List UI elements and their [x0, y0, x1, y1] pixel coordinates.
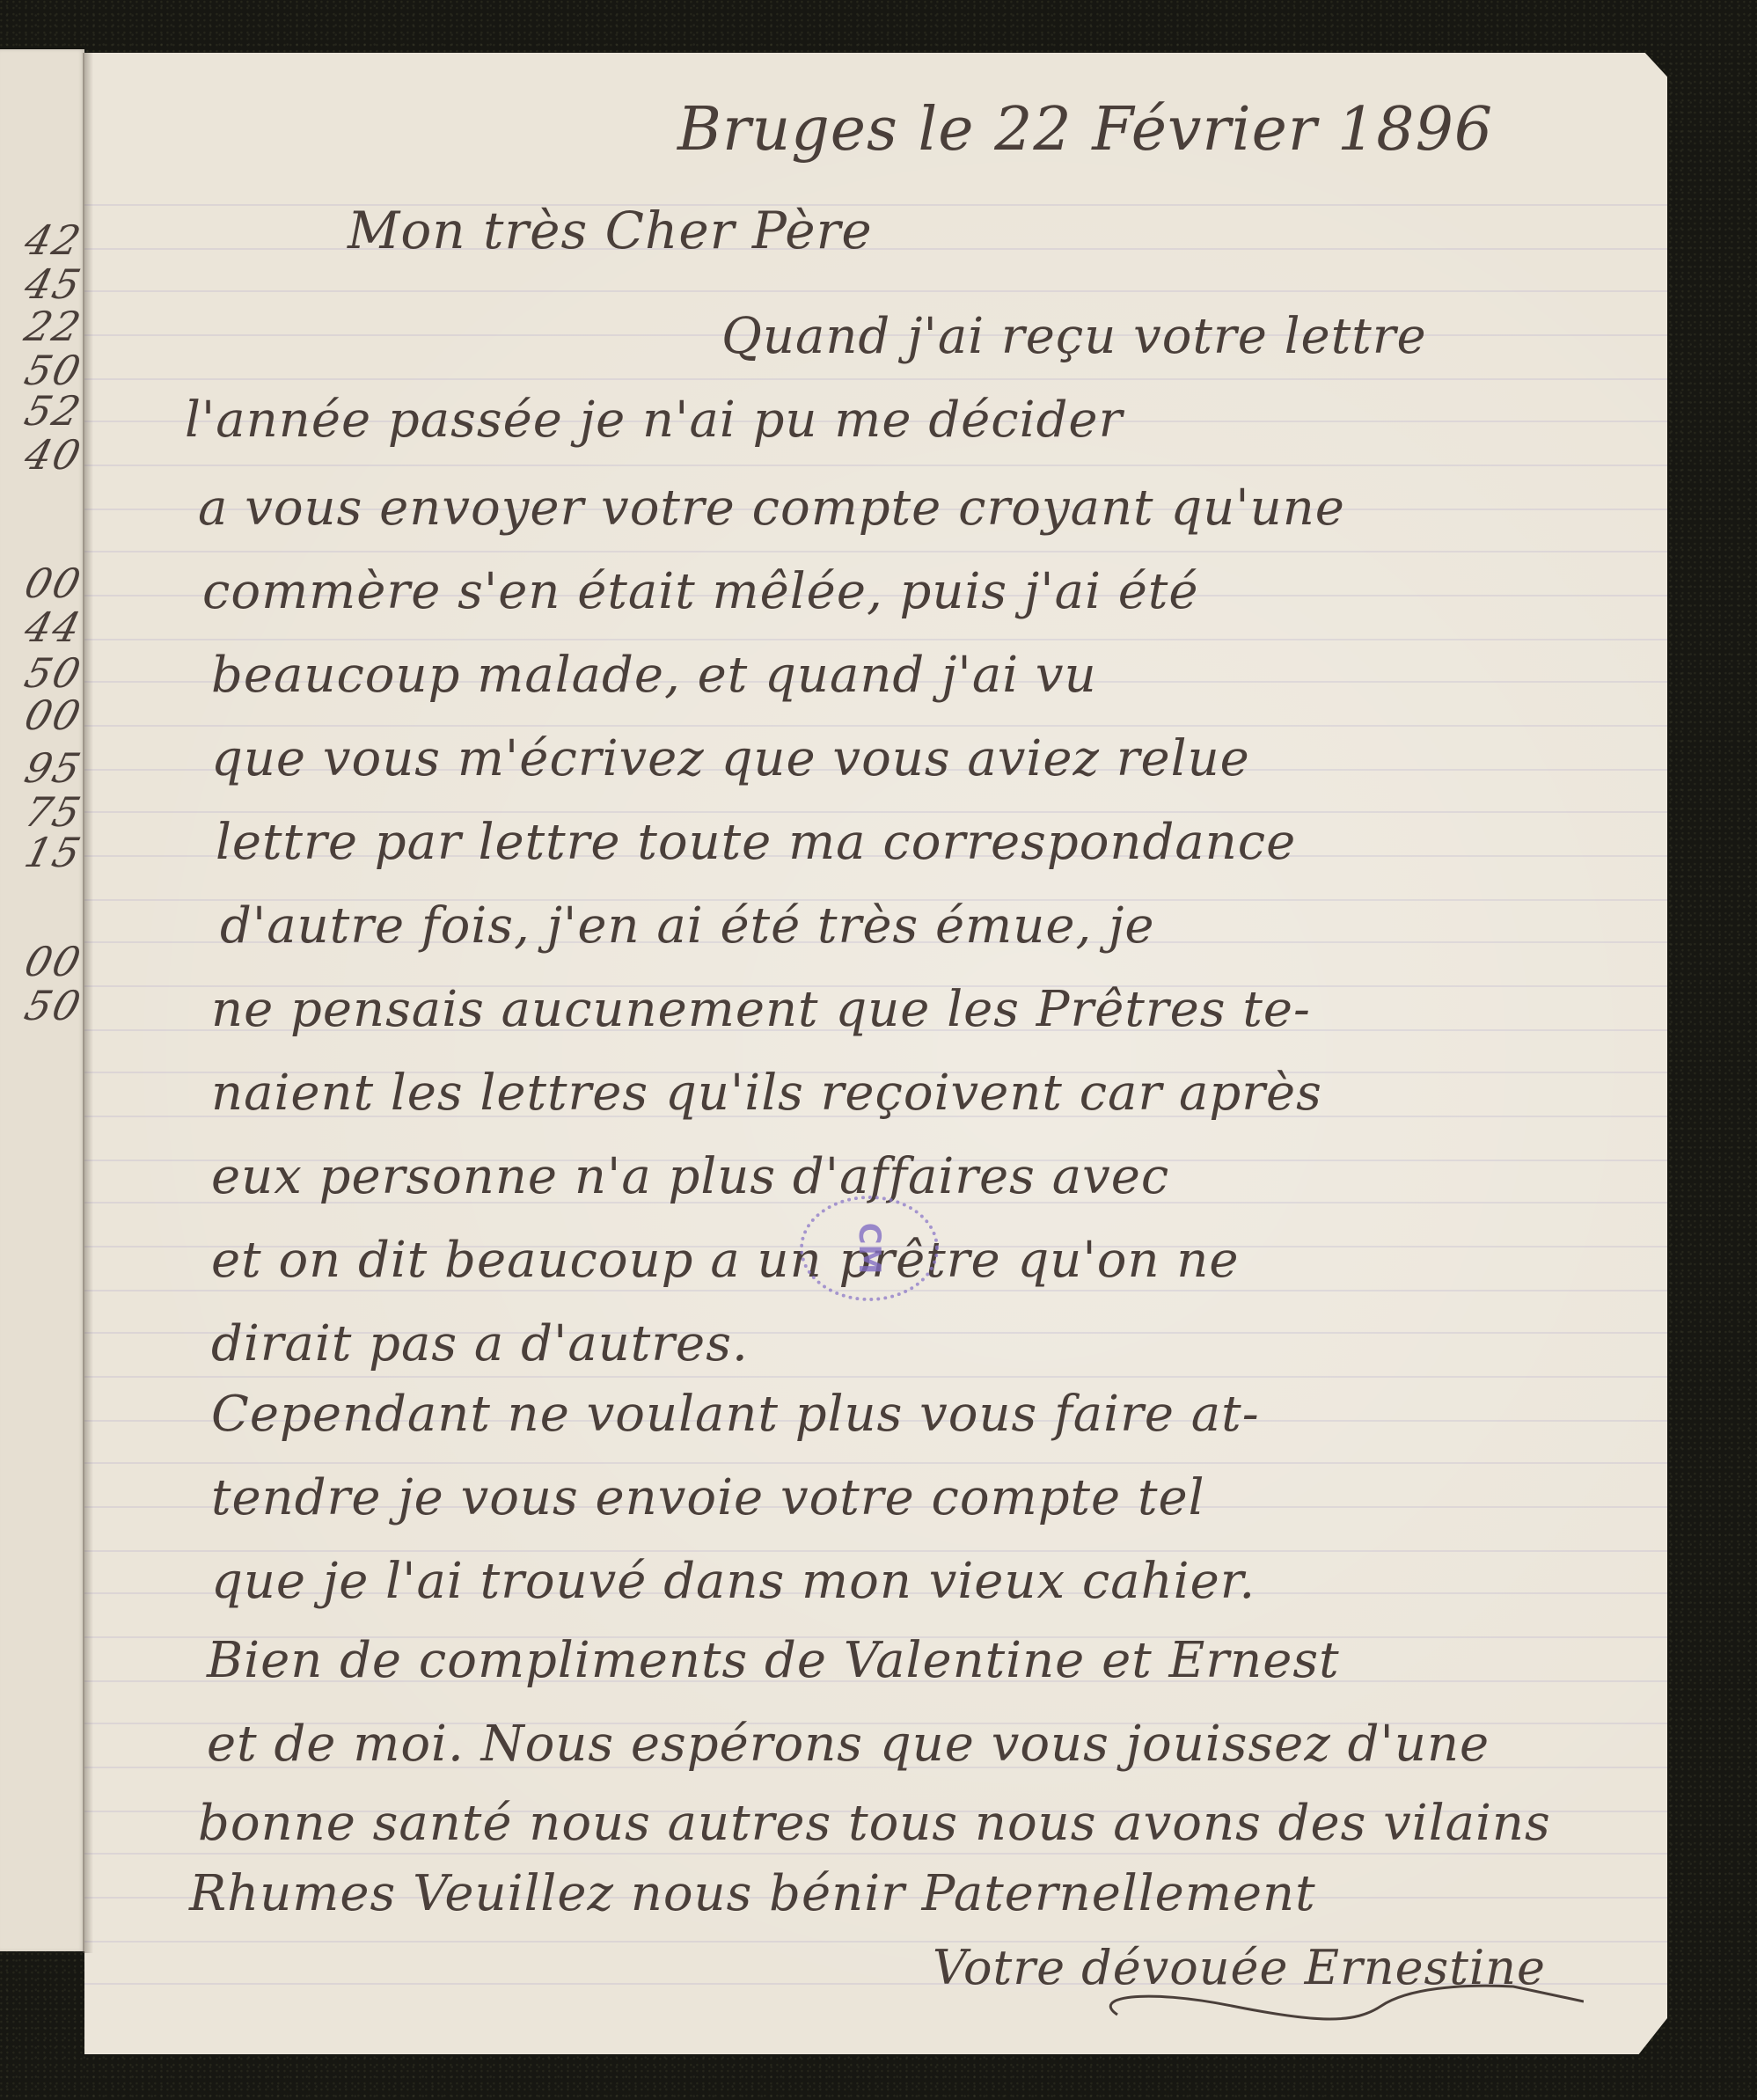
ruled-line: [84, 1462, 1667, 1464]
letter-line: Rhumes Veuillez nous bénir Paternellemen…: [189, 1865, 1316, 1922]
ink-stamp: CM: [800, 1196, 939, 1301]
letter-line: naient les lettres qu'ils reçoivent car …: [211, 1065, 1322, 1122]
letter-line: beaucoup malade, et quand j'ai vu: [211, 647, 1097, 704]
letter-line: lettre par lettre toute ma correspondanc…: [216, 814, 1296, 871]
ruled-line: [84, 465, 1667, 466]
margin-number: 15: [0, 829, 87, 876]
letter-line: d'autre fois, j'en ai été très émue, je: [220, 897, 1155, 955]
ruled-line: [84, 1853, 1667, 1855]
letter-line: et de moi. Nous espérons que vous jouiss…: [207, 1716, 1490, 1773]
letter-line: eux personne n'a plus d'affaires avec: [211, 1148, 1169, 1205]
place-date: Bruges le 22 Février 1896: [677, 95, 1493, 165]
ruled-line: [84, 1376, 1667, 1378]
letter-line: ne pensais aucunement que les Prêtres te…: [211, 981, 1311, 1038]
letter-line: Bien de compliments de Valentine et Erne…: [207, 1632, 1340, 1689]
letter-line: Quand j'ai reçu votre lettre: [721, 308, 1427, 365]
ruled-line: [84, 725, 1667, 727]
binding-gutter: [83, 53, 93, 1953]
margin-number: 00: [0, 691, 87, 739]
margin-number: 50: [0, 649, 87, 697]
margin-number: 45: [0, 260, 87, 308]
signature-flourish: [1091, 1979, 1584, 2032]
letter-line: l'année passée je n'ai pu me décider: [185, 391, 1123, 449]
letter-line: Cependant ne voulant plus vous faire at-: [211, 1386, 1260, 1443]
salutation: Mon très Cher Père: [348, 201, 873, 260]
letter-line: a vous envoyer votre compte croyant qu'u…: [198, 479, 1345, 537]
margin-number: 00: [0, 560, 87, 607]
letter-line: tendre je vous envoie votre compte tel: [211, 1469, 1205, 1526]
letter-line: dirait pas a d'autres.: [211, 1315, 749, 1372]
letter-line: que je l'ai trouvé dans mon vieux cahier…: [211, 1553, 1256, 1610]
ruled-line: [84, 204, 1667, 206]
ruled-line: [84, 551, 1667, 552]
margin-number: 00: [0, 938, 87, 985]
ruled-line: [84, 811, 1667, 813]
ruled-line: [84, 290, 1667, 292]
margin-number: 42: [0, 216, 87, 264]
letter-line: bonne santé nous autres tous nous avons …: [198, 1795, 1551, 1852]
ruled-line: [84, 248, 1667, 250]
left-page-edge: 42 45 22 50 52 40 00 44 50 00 95 75 15 0…: [0, 49, 84, 1951]
letter-line: que vous m'écrivez que vous aviez relue: [211, 730, 1250, 787]
letter-line: commère s'en était mêlée, puis j'ai été: [202, 563, 1199, 620]
margin-number: 52: [0, 387, 87, 435]
ruled-line: [84, 1550, 1667, 1552]
ruled-line: [84, 639, 1667, 640]
margin-number: 50: [0, 982, 87, 1029]
margin-number: 95: [0, 744, 87, 792]
margin-number: 40: [0, 431, 87, 479]
margin-number: 44: [0, 604, 87, 651]
margin-number: 22: [0, 303, 87, 350]
ruled-line: [84, 378, 1667, 380]
letter-line: et on dit beaucoup a un prêtre qu'on ne: [211, 1232, 1240, 1289]
